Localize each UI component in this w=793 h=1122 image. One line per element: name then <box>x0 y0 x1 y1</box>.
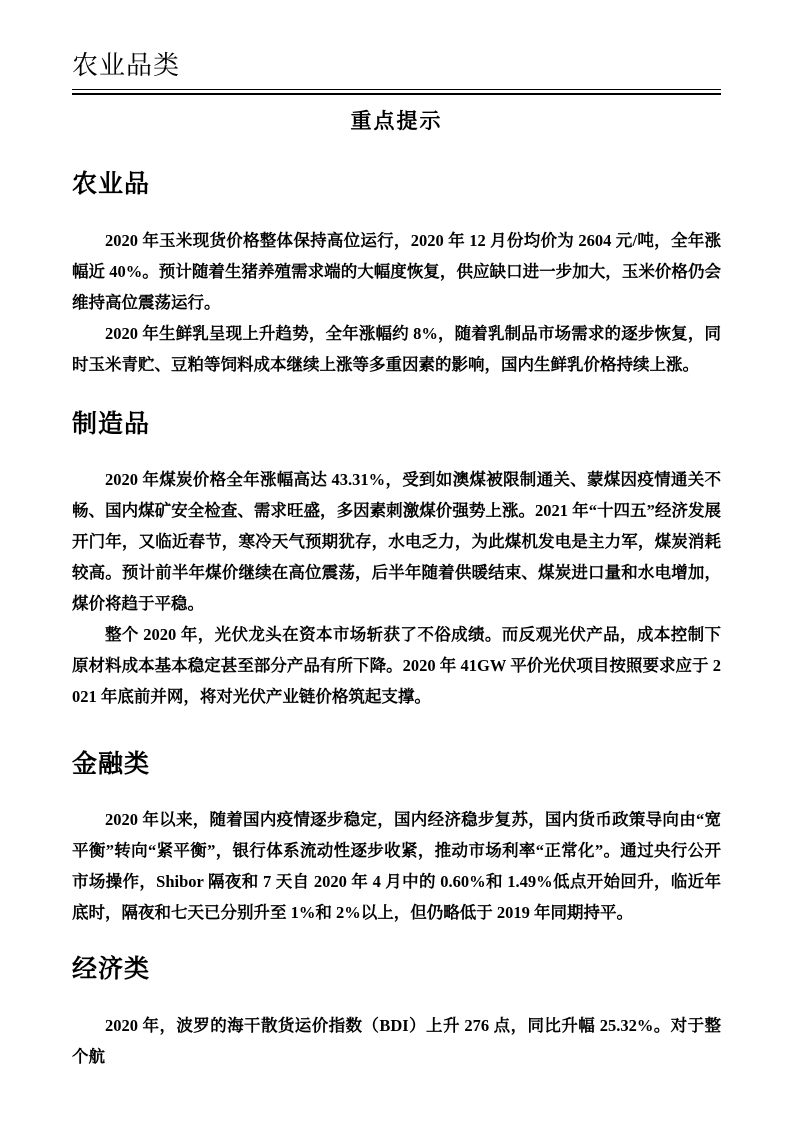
section-manufacturing: 制造品 2020 年煤炭价格全年涨幅高达 43.31%，受到如澳煤被限制通关、蒙… <box>72 409 721 712</box>
section-economy: 经济类 2020 年，波罗的海干散货运价指数（BDI）上升 276 点，同比升幅… <box>72 954 721 1072</box>
body-paragraph: 2020 年玉米现货价格整体保持高位运行，2020 年 12 月份均价为 260… <box>72 225 721 318</box>
header-divider <box>72 89 721 95</box>
body-paragraph: 2020 年生鲜乳呈现上升趋势，全年涨幅约 8%，随着乳制品市场需求的逐步恢复，… <box>72 318 721 380</box>
body-paragraph: 整个 2020 年，光伏龙头在资本市场斩获了不俗成绩。而反观光伏产品，成本控制下… <box>72 619 721 712</box>
section-finance: 金融类 2020 年以来，随着国内疫情逐步稳定，国内经济稳步复苏，国内货币政策导… <box>72 749 721 928</box>
section-heading-economy: 经济类 <box>72 954 721 984</box>
main-heading: 重点提示 <box>72 108 721 136</box>
body-paragraph: 2020 年以来，随着国内疫情逐步稳定，国内经济稳步复苏，国内货币政策导向由“宽… <box>72 804 721 928</box>
body-paragraph: 2020 年，波罗的海干散货运价指数（BDI）上升 276 点，同比升幅 25.… <box>72 1010 721 1072</box>
section-heading-agriculture: 农业品 <box>72 169 721 199</box>
section-agriculture: 农业品 2020 年玉米现货价格整体保持高位运行，2020 年 12 月份均价为… <box>72 169 721 380</box>
document-header: 农业品类 <box>72 46 721 95</box>
section-heading-manufacturing: 制造品 <box>72 409 721 439</box>
document-page: 农业品类 重点提示 农业品 2020 年玉米现货价格整体保持高位运行，2020 … <box>0 0 793 1122</box>
body-paragraph: 2020 年煤炭价格全年涨幅高达 43.31%，受到如澳煤被限制通关、蒙煤因疫情… <box>72 464 721 619</box>
document-category-title: 农业品类 <box>72 46 721 84</box>
section-heading-finance: 金融类 <box>72 749 721 779</box>
